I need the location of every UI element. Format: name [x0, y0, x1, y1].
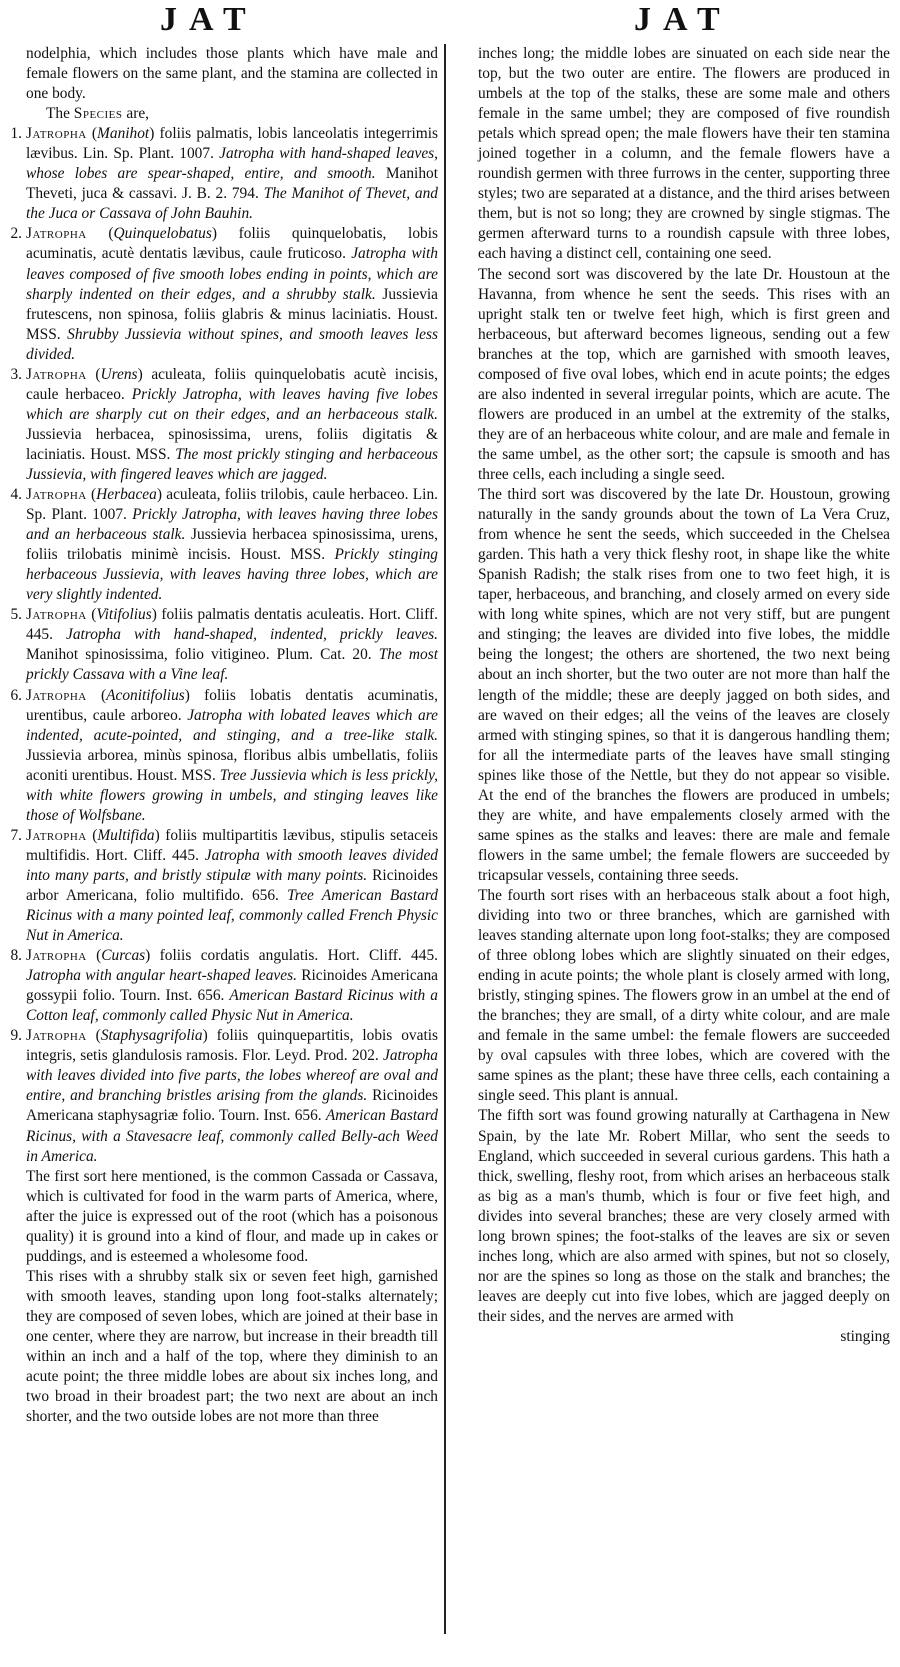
open-paren: ( — [87, 366, 101, 383]
species-genus: Jatropha — [26, 687, 87, 704]
species-genus: Jatropha — [26, 1027, 87, 1044]
species-name: Urens — [101, 366, 138, 383]
species-name: Aconitifolius — [106, 687, 185, 704]
open-paren: ( — [87, 687, 106, 704]
species-heading: The Species are, — [26, 104, 438, 124]
species-entry: 2.Jatropha (Quinquelobatus) foliis quinq… — [26, 224, 438, 364]
species-entry: 5.Jatropha (Vitifolius) foliis palmatis … — [26, 605, 438, 685]
body-paragraph: inches long; the middle lobes are sinuat… — [478, 44, 890, 265]
catchword: stinging — [478, 1327, 890, 1347]
species-entry: 6.Jatropha (Aconitifolius) foliis lobati… — [26, 686, 438, 826]
open-paren: ( — [87, 1027, 101, 1044]
body-paragraph: The fifth sort was found growing natural… — [478, 1106, 890, 1327]
species-heading-smallcaps: Species — [74, 105, 123, 122]
body-paragraph: The third sort was discovered by the lat… — [478, 485, 890, 886]
species-list: 1.Jatropha (Manihot) foliis palmatis, lo… — [26, 124, 438, 1166]
species-name: Manihot — [97, 125, 149, 142]
species-genus: Jatropha — [26, 366, 87, 383]
species-number: 3. — [4, 365, 22, 385]
open-paren: ( — [87, 486, 96, 503]
species-name: Herbacea — [96, 486, 157, 503]
species-genus: Jatropha — [26, 486, 87, 503]
species-number: 8. — [4, 946, 22, 966]
species-english-description: Jatropha with hand-shaped, indented, pri… — [66, 626, 438, 643]
species-number: 4. — [4, 485, 22, 505]
species-genus: Jatropha — [26, 947, 87, 964]
species-synonym-english: Shrubby Jussievia without spines, and sm… — [26, 326, 438, 363]
open-paren: ( — [87, 947, 102, 964]
species-genus: Jatropha — [26, 125, 87, 142]
species-heading-post: are, — [123, 105, 149, 122]
species-number: 2. — [4, 224, 22, 244]
species-entry: 3.Jatropha (Urens) aculeata, foliis quin… — [26, 365, 438, 485]
species-name: Quinquelobatus — [114, 225, 212, 242]
right-column: inches long; the middle lobes are sinuat… — [478, 44, 890, 1347]
species-number: 5. — [4, 605, 22, 625]
species-entry: 4.Jatropha (Herbacea) aculeata, foliis t… — [26, 485, 438, 605]
species-entry: 7.Jatropha (Multifida) foliis multiparti… — [26, 826, 438, 946]
species-number: 6. — [4, 686, 22, 706]
column-divider — [444, 44, 446, 1634]
species-number: 7. — [4, 826, 22, 846]
species-name: Multifida — [97, 827, 154, 844]
species-name: Staphysagrifolia — [101, 1027, 203, 1044]
species-genus: Jatropha — [26, 827, 87, 844]
body-paragraph: The first sort here mentioned, is the co… — [26, 1167, 438, 1267]
left-column: nodelphia, which includes those plants w… — [26, 44, 438, 1427]
species-number: 1. — [4, 124, 22, 144]
species-synonym: Manihot spinosissima, folio vitigineo. P… — [26, 646, 379, 663]
species-number: 9. — [4, 1026, 22, 1046]
open-paren: ( — [87, 125, 97, 142]
species-heading-pre: The — [46, 105, 74, 122]
species-genus: Jatropha — [26, 225, 87, 242]
species-name: Curcas — [101, 947, 145, 964]
species-latin-description: foliis cordatis angulatis. Hort. Cliff. … — [150, 947, 438, 964]
body-paragraph: This rises with a shrubby stalk six or s… — [26, 1267, 438, 1427]
species-entry: 9.Jatropha (Staphysagrifolia) foliis qui… — [26, 1026, 438, 1166]
open-paren: ( — [87, 827, 98, 844]
intro-paragraph: nodelphia, which includes those plants w… — [26, 44, 438, 104]
body-paragraph: The second sort was discovered by the la… — [478, 265, 890, 486]
species-english-description: Jatropha with angular heart-shaped leave… — [26, 967, 297, 984]
species-entry: 8.Jatropha (Curcas) foliis cordatis angu… — [26, 946, 438, 1026]
open-paren: ( — [87, 606, 97, 623]
species-name: Vitifolius — [96, 606, 151, 623]
running-head-right: JAT — [634, 0, 732, 40]
running-head-left: JAT — [160, 0, 258, 40]
open-paren: ( — [87, 225, 114, 242]
body-paragraph: The fourth sort rises with an herbaceous… — [478, 886, 890, 1107]
species-genus: Jatropha — [26, 606, 87, 623]
species-entry: 1.Jatropha (Manihot) foliis palmatis, lo… — [26, 124, 438, 224]
